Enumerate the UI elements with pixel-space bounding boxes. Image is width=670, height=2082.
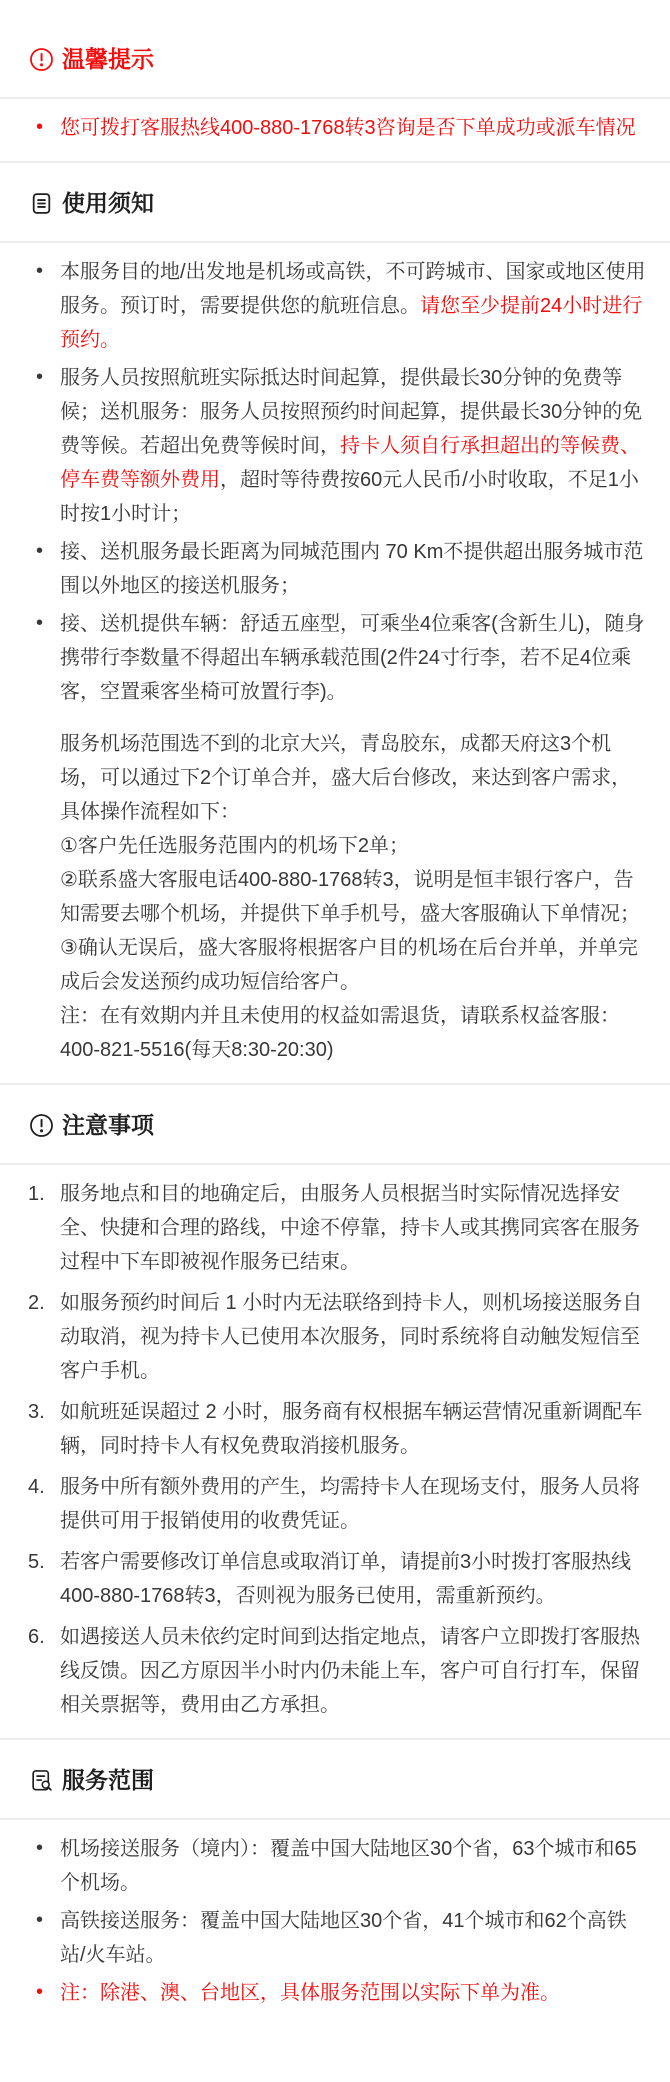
item-number: 4. <box>28 1470 45 1504</box>
list-item: 5.若客户需要修改订单信息或取消订单，请提前3小时拨打客服热线400-880-1… <box>20 1545 648 1613</box>
section-title: 温馨提示 <box>62 44 154 74</box>
section-title: 注意事项 <box>62 1110 154 1140</box>
list-item: •注：除港、澳、台地区，具体服务范围以实际下单为准。 <box>20 1976 648 2010</box>
section-title: 使用须知 <box>62 188 154 218</box>
bullet-icon: • <box>36 534 43 568</box>
text-run: 如服务预约时间后 1 小时内无法联络到持卡人，则机场接送服务自动取消，视为持卡人… <box>60 1292 642 1382</box>
bullet-icon: • <box>36 110 43 144</box>
bullet-icon: • <box>36 360 43 394</box>
item-number: 2. <box>28 1286 45 1320</box>
item-number: 1. <box>28 1177 45 1211</box>
section-service-scope: 服务范围•机场接送服务（境内）：覆盖中国大陆地区30个省，63个城市和65个机场… <box>0 1738 670 2026</box>
bullet-icon: • <box>36 254 43 288</box>
list-item: ②联系盛大客服电话400-880-1768转3，说明是恒丰银行客户，告知需要去哪… <box>20 863 648 931</box>
text-run: 服务机场范围选不到的北京大兴，青岛胶东，成都天府这3个机场，可以通过下2个订单合… <box>60 733 631 823</box>
text-run: 服务中所有额外费用的产生，均需持卡人在现场支付，服务人员将提供可用于报销使用的收… <box>60 1476 640 1532</box>
text-run: 您可拨打客服热线400-880-1768转3咨询是否下单成功或派车情况 <box>60 117 636 139</box>
text-run: 如遇接送人员未依约定时间到达指定地点，请客户立即拨打客服热线反馈。因乙方原因半小… <box>60 1626 640 1716</box>
bullet-icon: • <box>36 1903 43 1937</box>
section-notice: 注意事项1.服务地点和目的地确定后，由服务人员根据当时实际情况选择安全、快捷和合… <box>0 1083 670 1738</box>
bullet-icon: • <box>36 606 43 640</box>
list-item: •接、送机提供车辆：舒适五座型，可乘坐4位乘客(含新生儿)，随身携带行李数量不得… <box>20 607 648 709</box>
list-item: •您可拨打客服热线400-880-1768转3咨询是否下单成功或派车情况 <box>20 111 648 145</box>
text-run: 服务地点和目的地确定后，由服务人员根据当时实际情况选择安全、快捷和合理的路线，中… <box>60 1183 640 1273</box>
list-item: ③确认无误后，盛大客服将根据客户目的机场在后台并单，并单完成后会发送预约成功短信… <box>20 931 648 999</box>
text-run: ①客户先任选服务范围内的机场下2单； <box>60 835 409 857</box>
alert-circle-icon <box>29 47 54 72</box>
text-run: 若客户需要修改订单信息或取消订单，请提前3小时拨打客服热线400-880-176… <box>60 1551 631 1607</box>
section-header-notice: 注意事项 <box>0 1085 670 1165</box>
list-item: •本服务目的地/出发地是机场或高铁，不可跨城市、国家或地区使用服务。预订时，需要… <box>20 255 648 357</box>
list-item: 4.服务中所有额外费用的产生，均需持卡人在现场支付，服务人员将提供可用于报销使用… <box>20 1470 648 1538</box>
list-item: •接、送机服务最长距离为同城范围内 70 Km不提供超出服务城市范围以外地区的接… <box>20 535 648 603</box>
list-item: 服务机场范围选不到的北京大兴，青岛胶东，成都天府这3个机场，可以通过下2个订单合… <box>20 727 648 829</box>
list-item: 6.如遇接送人员未依约定时间到达指定地点，请客户立即拨打客服热线反馈。因乙方原因… <box>20 1620 648 1722</box>
list-item: 1.服务地点和目的地确定后，由服务人员根据当时实际情况选择安全、快捷和合理的路线… <box>20 1177 648 1279</box>
text-run: 接、送机服务最长距离为同城范围内 70 Km不提供超出服务城市范围以外地区的接送… <box>60 541 643 597</box>
list-item: •服务人员按照航班实际抵达时间起算，提供最长30分钟的免费等候；送机服务：服务人… <box>20 361 648 531</box>
document-search-icon <box>29 1768 54 1793</box>
item-number: 5. <box>28 1545 45 1579</box>
list-item: 2.如服务预约时间后 1 小时内无法联络到持卡人，则机场接送服务自动取消，视为持… <box>20 1286 648 1388</box>
section-body-notice: 1.服务地点和目的地确定后，由服务人员根据当时实际情况选择安全、快捷和合理的路线… <box>0 1165 670 1738</box>
section-body-service-scope: •机场接送服务（境内）：覆盖中国大陆地区30个省，63个城市和65个机场。•高铁… <box>0 1820 670 2026</box>
section-header-service-scope: 服务范围 <box>0 1740 670 1820</box>
list-item: 注：在有效期内并且未使用的权益如需退货，请联系权益客服：400-821-5516… <box>20 999 648 1067</box>
service-terms-page: 温馨提示•您可拨打客服热线400-880-1768转3咨询是否下单成功或派车情况… <box>0 0 670 2026</box>
list-item: 3.如航班延误超过 2 小时，服务商有权根据车辆运营情况重新调配车辆，同时持卡人… <box>20 1395 648 1463</box>
section-header-warm-tips: 温馨提示 <box>0 0 670 99</box>
text-run: 接、送机提供车辆：舒适五座型，可乘坐4位乘客(含新生儿)，随身携带行李数量不得超… <box>60 613 644 703</box>
section-usage-notes: 使用须知•本服务目的地/出发地是机场或高铁，不可跨城市、国家或地区使用服务。预订… <box>0 161 670 1083</box>
alert-circle-icon <box>29 1113 54 1138</box>
item-number: 3. <box>28 1395 45 1429</box>
text-run: 机场接送服务（境内）：覆盖中国大陆地区30个省，63个城市和65个机场。 <box>60 1838 637 1894</box>
text-run: 注：在有效期内并且未使用的权益如需退货，请联系权益客服：400-821-5516… <box>60 1005 620 1061</box>
text-run: 高铁接送服务：覆盖中国大陆地区30个省，41个城市和62个高铁站/火车站。 <box>60 1910 627 1966</box>
text-run: 如航班延误超过 2 小时，服务商有权根据车辆运营情况重新调配车辆，同时持卡人有权… <box>60 1401 642 1457</box>
list-item: ①客户先任选服务范围内的机场下2单； <box>20 829 648 863</box>
section-title: 服务范围 <box>62 1765 154 1795</box>
list-item: •高铁接送服务：覆盖中国大陆地区30个省，41个城市和62个高铁站/火车站。 <box>20 1904 648 1972</box>
bullet-icon: • <box>36 1831 43 1865</box>
section-body-warm-tips: •您可拨打客服热线400-880-1768转3咨询是否下单成功或派车情况 <box>0 99 670 161</box>
document-lines-icon <box>29 191 54 216</box>
section-warm-tips: 温馨提示•您可拨打客服热线400-880-1768转3咨询是否下单成功或派车情况 <box>0 0 670 161</box>
list-item: •机场接送服务（境内）：覆盖中国大陆地区30个省，63个城市和65个机场。 <box>20 1832 648 1900</box>
text-run: 注：除港、澳、台地区，具体服务范围以实际下单为准。 <box>60 1982 560 2004</box>
item-number: 6. <box>28 1620 45 1654</box>
text-run: ②联系盛大客服电话400-880-1768转3，说明是恒丰银行客户，告知需要去哪… <box>60 869 640 925</box>
section-body-usage-notes: •本服务目的地/出发地是机场或高铁，不可跨城市、国家或地区使用服务。预订时，需要… <box>0 243 670 1083</box>
text-run: ③确认无误后，盛大客服将根据客户目的机场在后台并单，并单完成后会发送预约成功短信… <box>60 937 638 993</box>
bullet-icon: • <box>36 1975 43 2009</box>
section-header-usage-notes: 使用须知 <box>0 163 670 243</box>
